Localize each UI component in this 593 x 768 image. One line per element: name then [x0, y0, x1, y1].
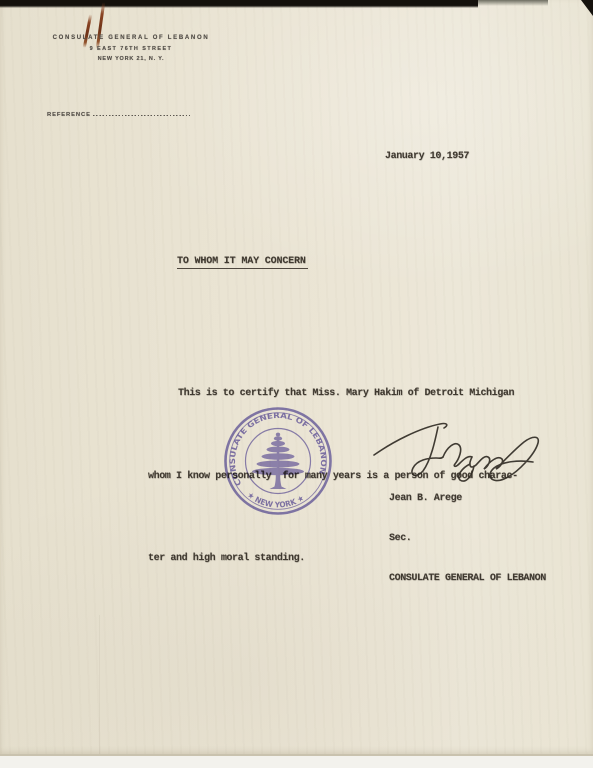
- consulate-seal-stamp: CONSULATE GENERAL OF LEBANON ★ NEW YORK …: [218, 401, 338, 521]
- signature-block: Jean B. Arege Sec. CONSULATE GENERAL OF …: [389, 466, 546, 611]
- typed-name: Jean B. Arege: [389, 492, 546, 505]
- scanned-letter: CONSULATE GENERAL OF LEBANON 9 EAST 76TH…: [0, 0, 593, 768]
- date-line: January 10,1957: [385, 151, 469, 162]
- scan-border-top: [0, 0, 478, 8]
- typed-org: CONSULATE GENERAL OF LEBANON: [389, 572, 546, 585]
- corner-shadow: [581, 0, 593, 16]
- scan-border-gap: [478, 0, 548, 6]
- reference-label: REFERENCE: [47, 112, 91, 118]
- letterhead-org: CONSULATE GENERAL OF LEBANON: [46, 35, 216, 41]
- paper-fold-line: [99, 615, 100, 755]
- letterhead: CONSULATE GENERAL OF LEBANON 9 EAST 76TH…: [46, 35, 216, 62]
- typed-title: Sec.: [389, 532, 546, 545]
- letterhead-city: NEW YORK 21, N. Y.: [46, 56, 216, 62]
- reference-row: REFERENCE: [47, 112, 190, 118]
- letterhead-street: 9 EAST 76TH STREET: [46, 46, 216, 52]
- reference-dotted-line: [93, 114, 190, 117]
- body-line: This is to certify that Miss. Mary Hakim…: [148, 380, 533, 408]
- salutation-line: TO WHOM IT MAY CONCERN: [177, 256, 308, 269]
- paper-bottom-edge: [0, 754, 593, 756]
- cedar-tree-icon: [252, 433, 304, 489]
- letter-paper: CONSULATE GENERAL OF LEBANON 9 EAST 76TH…: [0, 0, 593, 755]
